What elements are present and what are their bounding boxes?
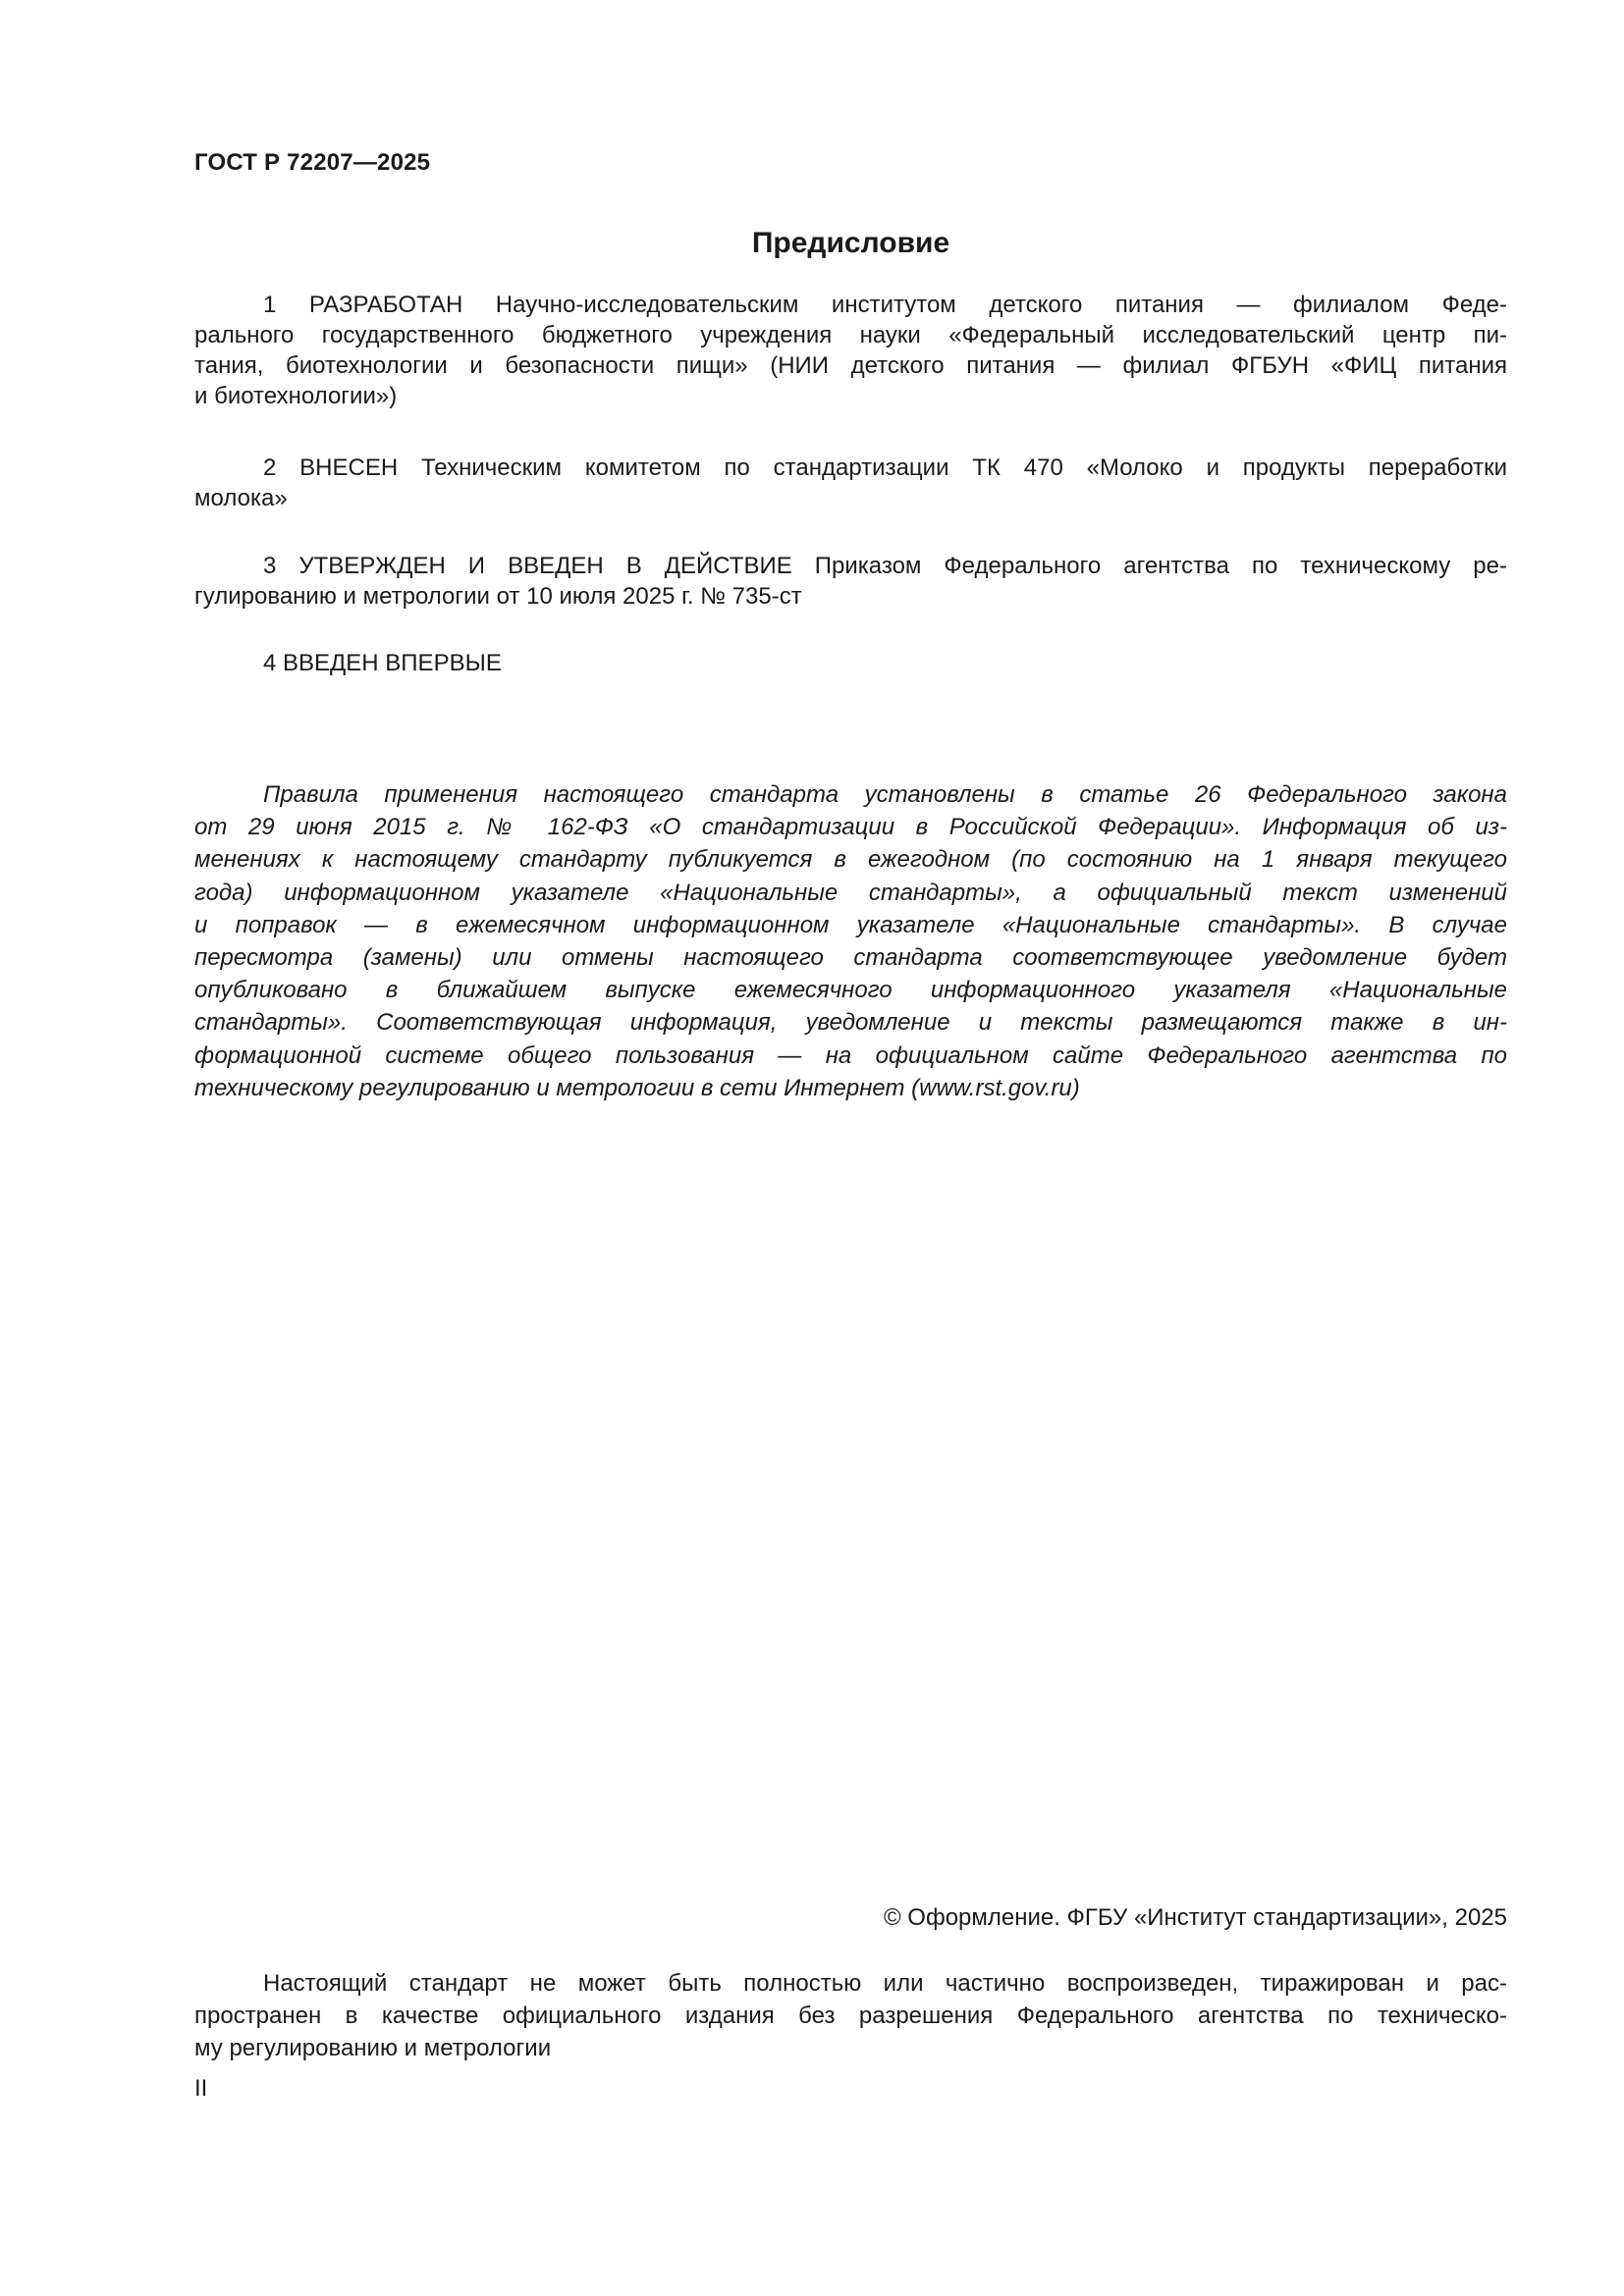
text-line: от 29 июня 2015 г. № 162-ФЗ «О стандарти…: [194, 811, 1507, 843]
text-line: и поправок — в ежемесячном информационно…: [194, 909, 1507, 941]
text-line: 1 РАЗРАБОТАН Научно-исследовательским ин…: [194, 290, 1507, 320]
section-title: Предисловие: [194, 226, 1507, 261]
text-line: молока»: [194, 483, 1507, 513]
document-page: ГОСТ Р 72207—2025 Предисловие 1 РАЗРАБОТ…: [0, 0, 1624, 2296]
text-line: му регулированию и метрологии: [194, 2032, 1507, 2064]
text-line: техническому регулированию и метрологии …: [194, 1072, 1507, 1104]
preface-item-approved: 3 УТВЕРЖДЕН И ВВЕДЕН В ДЕЙСТВИЕ Приказом…: [194, 551, 1507, 612]
text-line: 3 УТВЕРЖДЕН И ВВЕДЕН В ДЕЙСТВИЕ Приказом…: [194, 551, 1507, 581]
text-line: 4 ВВЕДЕН ВПЕРВЫЕ: [194, 648, 1507, 678]
text-line: тания, биотехнологии и безопасности пищи…: [194, 350, 1507, 381]
text-line: Правила применения настоящего стандарта …: [194, 778, 1507, 811]
text-line: пересмотра (замены) или отмены настоящег…: [194, 941, 1507, 974]
text-line: Настоящий стандарт не может быть полност…: [194, 1967, 1507, 2000]
text-line: стандарты». Соответствующая информация, …: [194, 1006, 1507, 1039]
preface-item-developed: 1 РАЗРАБОТАН Научно-исследовательским ин…: [194, 290, 1507, 411]
preface-item-submitted: 2 ВНЕСЕН Техническим комитетом по станда…: [194, 453, 1507, 513]
copyright-line: © Оформление. ФГБУ «Институт стандартиза…: [194, 1902, 1507, 1933]
document-code: ГОСТ Р 72207—2025: [194, 147, 430, 178]
text-line: и биотехнологии»): [194, 381, 1507, 411]
page-number: II: [194, 2073, 207, 2104]
text-line: менениях к настоящему стандарту публикуе…: [194, 843, 1507, 876]
text-line: 2 ВНЕСЕН Техническим комитетом по станда…: [194, 453, 1507, 483]
text-line: пространен в качестве официального издан…: [194, 2000, 1507, 2032]
text-line: рального государственного бюджетного учр…: [194, 320, 1507, 350]
text-line: года) информационном указателе «Национал…: [194, 877, 1507, 909]
text-line: гулированию и метрологии от 10 июля 2025…: [194, 581, 1507, 612]
text-line: опубликовано в ближайшем выпуске ежемеся…: [194, 974, 1507, 1006]
text-line: формационной системе общего пользования …: [194, 1040, 1507, 1072]
reproduction-notice: Настоящий стандарт не может быть полност…: [194, 1967, 1507, 2064]
preface-item-first-introduced: 4 ВВЕДЕН ВПЕРВЫЕ: [194, 648, 1507, 678]
rules-note: Правила применения настоящего стандарта …: [194, 778, 1507, 1104]
